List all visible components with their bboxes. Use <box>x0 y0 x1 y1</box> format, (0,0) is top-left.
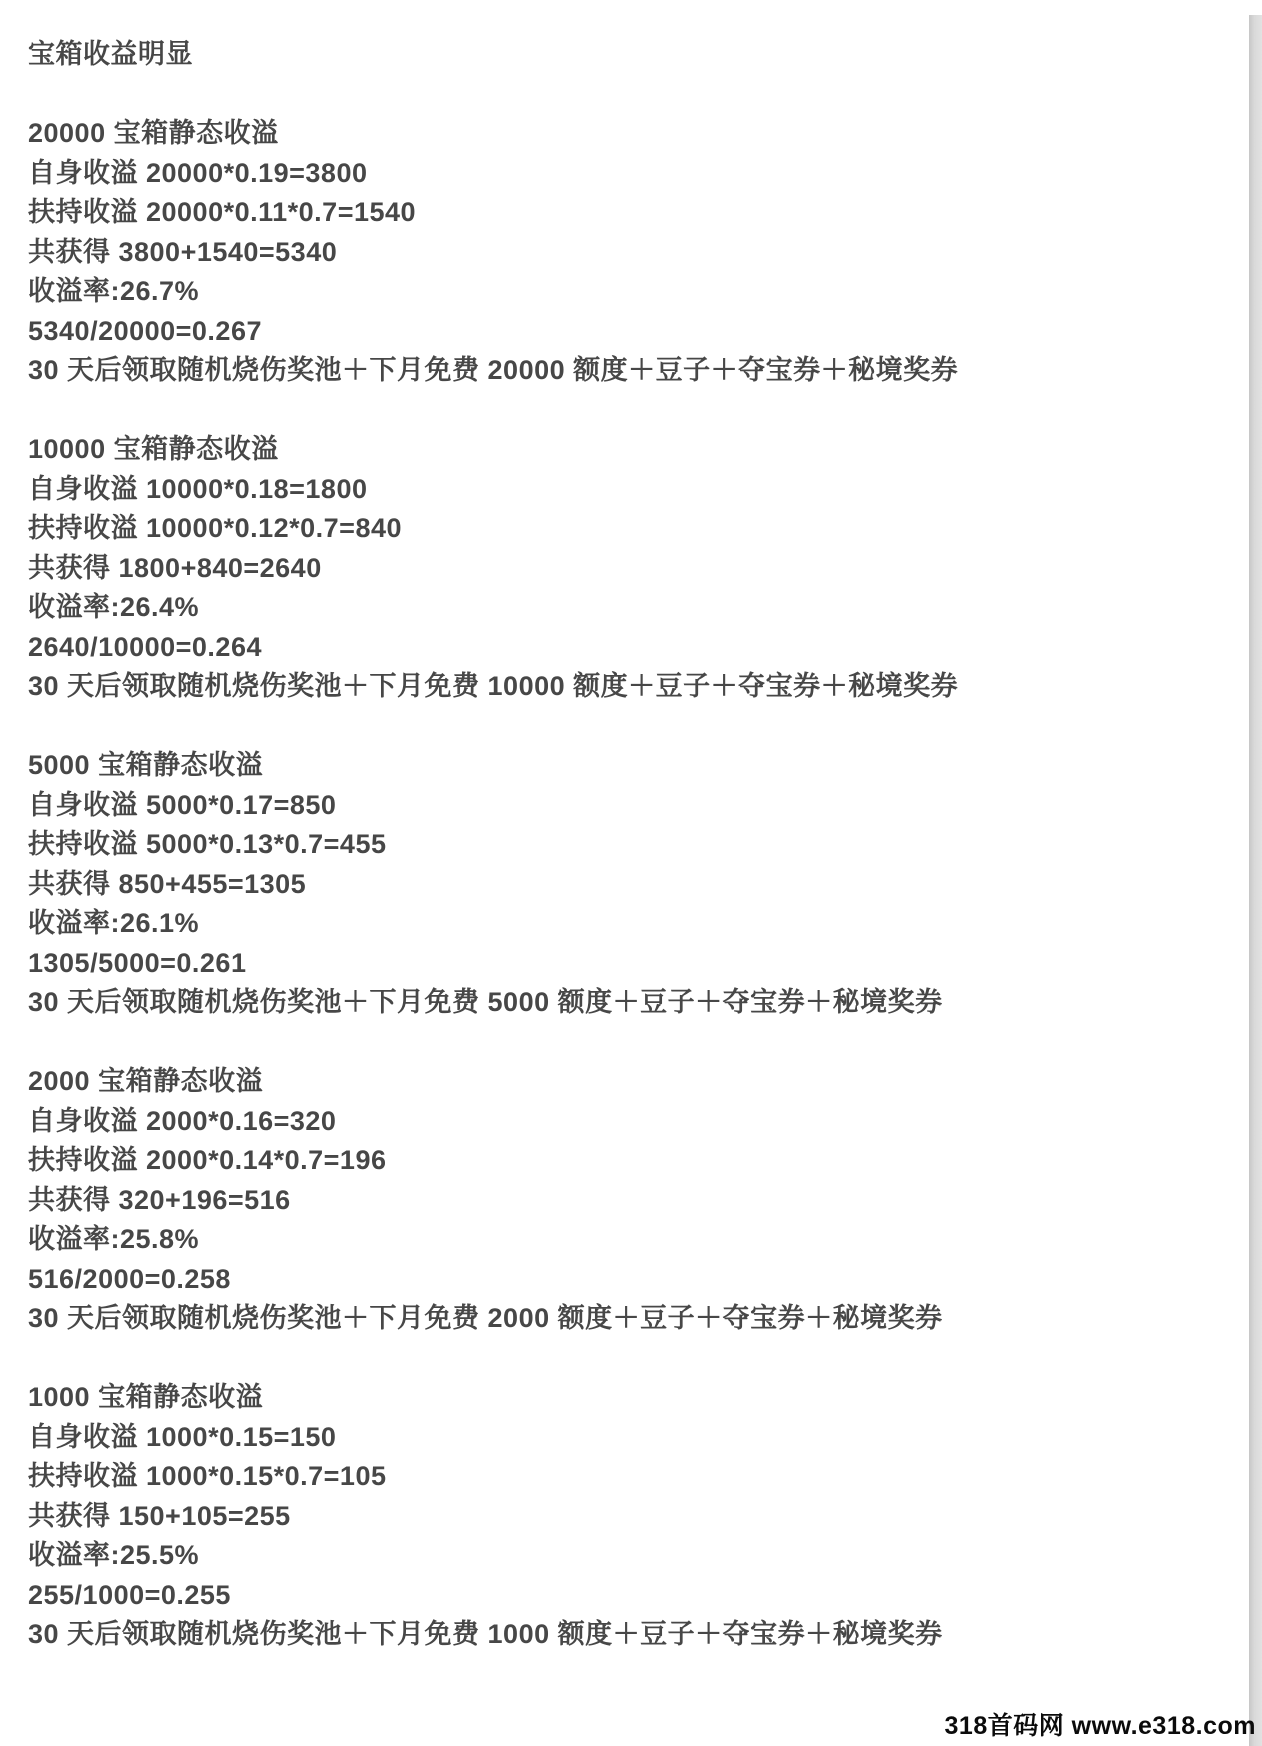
section-header: 10000 宝箱静态收溢 <box>28 430 1208 470</box>
section-line: 共获得 1800+840=2640 <box>28 549 1208 589</box>
section-line: 自身收溢 20000*0.19=3800 <box>28 154 1208 194</box>
treasure-box-section: 1000 宝箱静态收溢自身收溢 1000*0.15=150扶持收溢 1000*0… <box>28 1378 1208 1655</box>
section-line: 扶持收溢 10000*0.12*0.7=840 <box>28 509 1208 549</box>
treasure-box-section: 10000 宝箱静态收溢自身收溢 10000*0.18=1800扶持收溢 100… <box>28 430 1208 707</box>
sections-container: 20000 宝箱静态收溢自身收溢 20000*0.19=3800扶持收溢 200… <box>28 114 1208 1655</box>
section-line: 扶持收溢 1000*0.15*0.7=105 <box>28 1457 1208 1497</box>
section-header: 20000 宝箱静态收溢 <box>28 114 1208 154</box>
page-title: 宝箱收益明显 <box>28 35 1208 75</box>
treasure-box-section: 20000 宝箱静态收溢自身收溢 20000*0.19=3800扶持收溢 200… <box>28 114 1208 391</box>
section-line: 30 天后领取随机烧伤奖池＋下月免费 20000 额度＋豆子＋夺宝券＋秘境奖券 <box>28 351 1208 391</box>
section-line: 扶持收溢 5000*0.13*0.7=455 <box>28 825 1208 865</box>
section-line: 共获得 3800+1540=5340 <box>28 233 1208 273</box>
section-line: 扶持收溢 20000*0.11*0.7=1540 <box>28 193 1208 233</box>
section-line: 5340/20000=0.267 <box>28 312 1208 352</box>
section-line: 2640/10000=0.264 <box>28 628 1208 668</box>
section-line: 自身收溢 5000*0.17=850 <box>28 786 1208 826</box>
section-line: 收溢率:26.7% <box>28 272 1208 312</box>
section-line: 收溢率:25.5% <box>28 1536 1208 1576</box>
section-line: 自身收溢 1000*0.15=150 <box>28 1418 1208 1458</box>
scrollbar-track[interactable] <box>1249 15 1262 1746</box>
section-header: 2000 宝箱静态收溢 <box>28 1062 1208 1102</box>
section-line: 自身收溢 2000*0.16=320 <box>28 1102 1208 1142</box>
watermark: 318首码网 www.e318.com <box>945 1706 1256 1742</box>
document-body: 宝箱收益明显 20000 宝箱静态收溢自身收溢 20000*0.19=3800扶… <box>28 35 1208 1655</box>
section-line: 30 天后领取随机烧伤奖池＋下月免费 2000 额度＋豆子＋夺宝券＋秘境奖券 <box>28 1299 1208 1339</box>
section-line: 516/2000=0.258 <box>28 1260 1208 1300</box>
section-line: 扶持收溢 2000*0.14*0.7=196 <box>28 1141 1208 1181</box>
section-line: 共获得 150+105=255 <box>28 1497 1208 1537</box>
section-line: 30 天后领取随机烧伤奖池＋下月免费 1000 额度＋豆子＋夺宝券＋秘境奖券 <box>28 1615 1208 1655</box>
section-line: 255/1000=0.255 <box>28 1576 1208 1616</box>
section-line: 1305/5000=0.261 <box>28 944 1208 984</box>
section-line: 共获得 850+455=1305 <box>28 865 1208 905</box>
section-line: 自身收溢 10000*0.18=1800 <box>28 470 1208 510</box>
section-line: 收溢率:25.8% <box>28 1220 1208 1260</box>
section-line: 30 天后领取随机烧伤奖池＋下月免费 10000 额度＋豆子＋夺宝券＋秘境奖券 <box>28 667 1208 707</box>
treasure-box-section: 5000 宝箱静态收溢自身收溢 5000*0.17=850扶持收溢 5000*0… <box>28 746 1208 1023</box>
section-line: 30 天后领取随机烧伤奖池＋下月免费 5000 额度＋豆子＋夺宝券＋秘境奖券 <box>28 983 1208 1023</box>
section-line: 共获得 320+196=516 <box>28 1181 1208 1221</box>
document-page: 宝箱收益明显 20000 宝箱静态收溢自身收溢 20000*0.19=3800扶… <box>0 0 1262 1746</box>
section-line: 收溢率:26.4% <box>28 588 1208 628</box>
section-header: 1000 宝箱静态收溢 <box>28 1378 1208 1418</box>
treasure-box-section: 2000 宝箱静态收溢自身收溢 2000*0.16=320扶持收溢 2000*0… <box>28 1062 1208 1339</box>
section-line: 收溢率:26.1% <box>28 904 1208 944</box>
section-header: 5000 宝箱静态收溢 <box>28 746 1208 786</box>
